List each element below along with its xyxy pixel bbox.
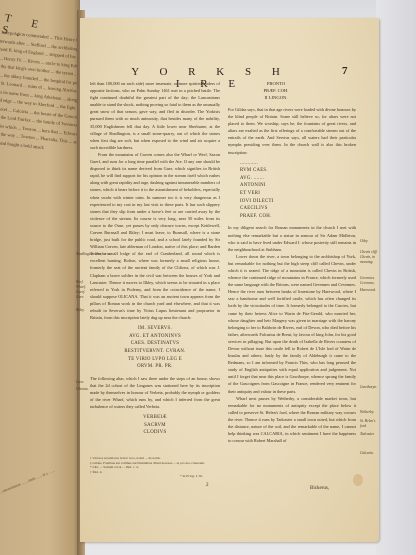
paragraph: For Gildas says, that in that age rivers… [228, 106, 356, 156]
inscription-line: IM. SEVERVS. [90, 325, 220, 333]
inscription-line: PRÆF. COH. [246, 87, 306, 94]
left-page: T E S. ch interpolation commended ... Th… [0, 0, 80, 555]
margin-note-right: Calcaria. [360, 451, 378, 456]
inscription-line: PRAEF. COH. [240, 213, 356, 221]
paragraph: From the mountains of Craven comes also … [90, 151, 220, 321]
inscription-line: CAES. DESTINATVS [90, 340, 220, 348]
inscription-verbeia: VERBEIÆ SACRVM CLODIVS [90, 414, 220, 437]
margin-note-left: Werf. Wharf. Guerf. Guer. [76, 280, 88, 300]
signature-mark: 2 [206, 483, 209, 488]
footnotes: † Ubi nos recentiores in hoc loco, nostr… [90, 456, 360, 479]
margin-note-left: Shadlington. Sherburne. [76, 252, 111, 257]
margin-note-left: Olicana. [76, 387, 88, 392]
paragraph: Wharf next passes by Wetherby, a conside… [228, 395, 356, 445]
inscription-severus: IM. SEVERVS. AVG. ET ANTONINVS CAES. DES… [90, 325, 220, 371]
inscription-broken: ............ RVM CAES. AVG. ....... ANTO… [228, 160, 356, 221]
margin-note-right: Gevennes. Cevennes. [360, 276, 378, 286]
footnote: * In Eclog. I. 50. [90, 474, 360, 479]
inscription-line: ET VERI [240, 190, 356, 198]
inscription-line: RVM CAES. [240, 167, 356, 175]
margin-note-left: Cave. [76, 380, 84, 385]
page-number: 7 [342, 65, 348, 77]
margin-note-right: Tadcaster. [360, 432, 378, 437]
inscription-line: CLODIVS [90, 429, 220, 437]
text-column-right: For Gildas says, that in that age rivers… [228, 106, 356, 444]
margin-note-right: Gawthorpe. [360, 385, 378, 390]
left-page-footnotes: ... entrenchment ... ... lands ... ... i… [0, 459, 78, 496]
margin-note-right: Harewood. [360, 288, 378, 293]
inscription-line: AVG. ....... [240, 175, 356, 183]
catchword: Bickerus, [310, 486, 329, 491]
inscription-fronto: FRONTO PRÆF. COH. II LINGON. [246, 80, 306, 101]
left-page-text: ch interpolation commended ... This Henr… [0, 28, 80, 157]
margin-note-right: Otley. [360, 239, 378, 244]
foxing-stain [353, 474, 363, 486]
inscription-line: VERBEIÆ [90, 414, 220, 422]
inscription-line: ORVM. PR. PR. [90, 363, 220, 371]
inscription-line: ANTONINI [240, 182, 356, 190]
inscription-line: RESTITVERVNT. CVRAN. [90, 348, 220, 356]
inscription-line: II LINGON. [246, 94, 306, 101]
paragraph: The following altar, which I saw there u… [90, 375, 220, 410]
paragraph: left than 100,000 on each side) more ins… [90, 80, 220, 151]
right-page: Y O R K S H I R E 7 FRONTO PRÆF. COH. II… [80, 18, 379, 542]
inscription-line: ............ [240, 160, 356, 168]
inscription-line: FRONTO [246, 80, 306, 87]
paragraph: In my diligent search for Roman monument… [228, 224, 356, 252]
margin-note-right: Chevin cliff. Chevin, in meaning. [360, 250, 378, 265]
margin-note-right: St. Helen's ford. [360, 419, 378, 429]
inscription-line: IOVI DILECTI [240, 198, 356, 206]
margin-note-right: Wetherby. [360, 410, 378, 415]
inscription-line: SACRVM [90, 422, 220, 430]
inscription-line: TE VIRIO LVPO LEG E [90, 356, 220, 364]
inscription-line: AVG. ET ANTONINVS [90, 333, 220, 341]
margin-note-left: Ilkley. [76, 308, 85, 313]
text-column-left: left than 100,000 on each side) more ins… [90, 80, 220, 441]
background-right [376, 0, 416, 555]
inscription-line: CAECILIVS [240, 205, 356, 213]
paragraph: Lower down the river, a town belonging t… [228, 253, 356, 395]
